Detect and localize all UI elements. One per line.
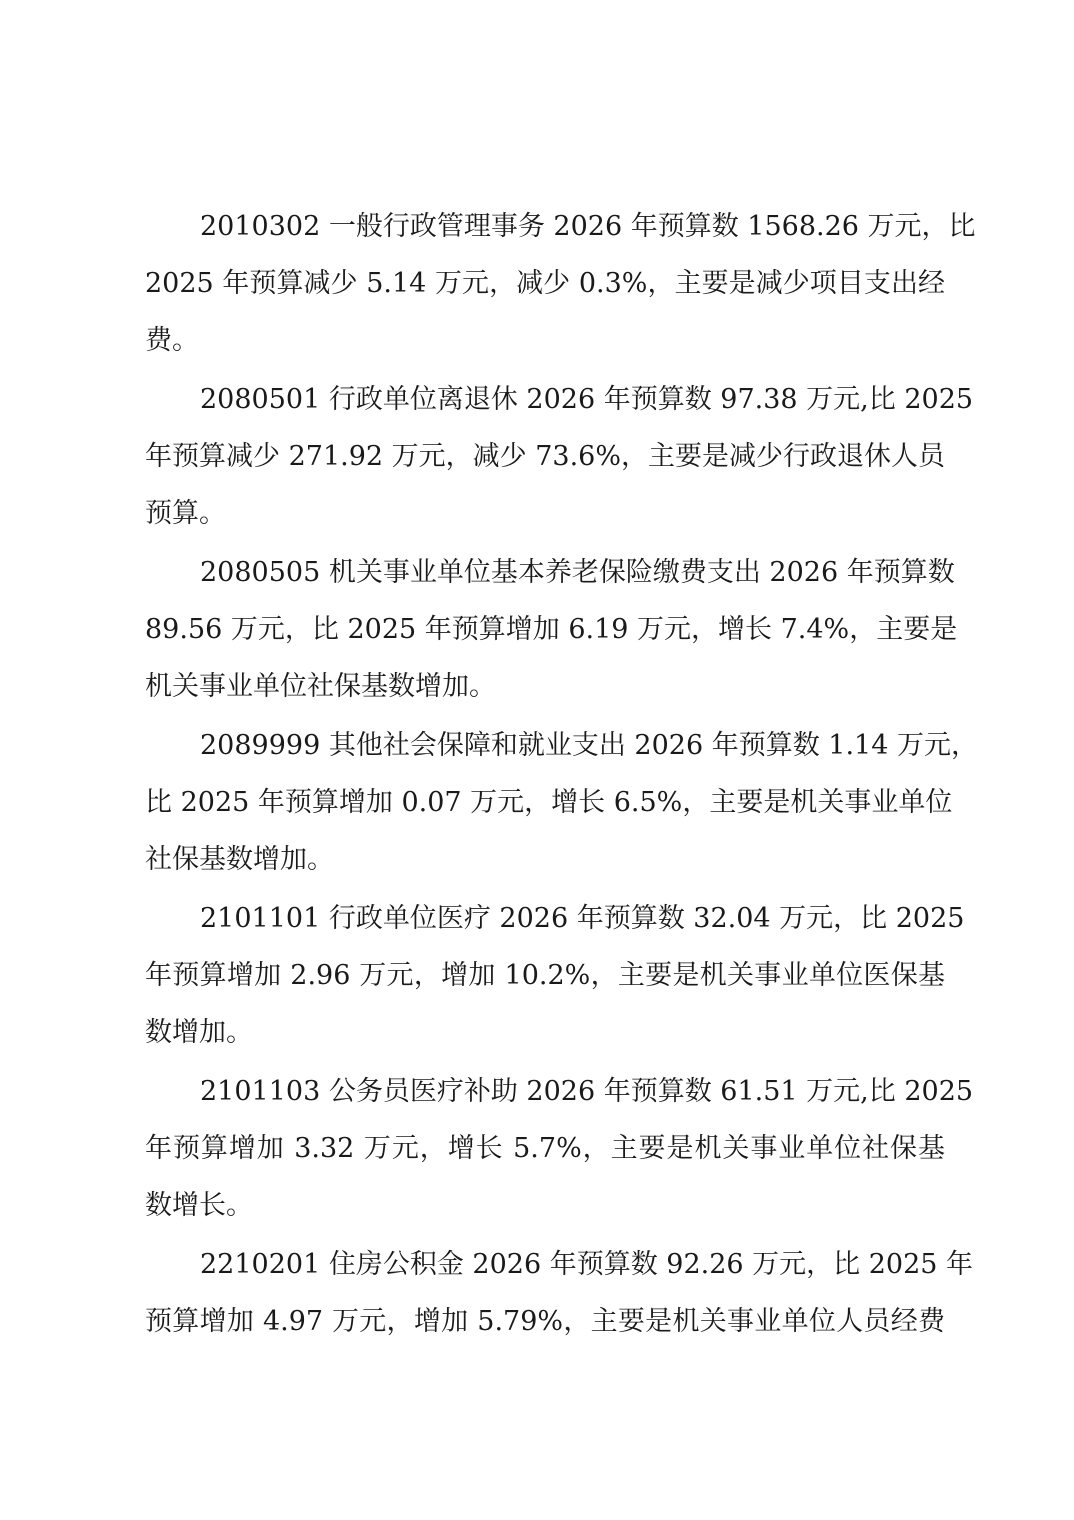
paragraph-line: 预算增加 4.97 万元，增加 5.79%，主要是机关事业单位人员经费 (145, 1306, 945, 1338)
paragraph-line: 2101101 行政单位医疗 2026 年预算数 32.04 万元，比 2025 (200, 903, 945, 935)
paragraph-line: 社保基数增加。 (145, 844, 945, 876)
paragraph-line: 2080501 行政单位离退休 2026 年预算数 97.38 万元,比 202… (200, 384, 945, 416)
paragraph-line: 89.56 万元，比 2025 年预算增加 6.19 万元，增长 7.4%，主要… (145, 614, 945, 646)
paragraph-line: 2025 年预算减少 5.14 万元，减少 0.3%，主要是减少项目支出经 (145, 268, 945, 300)
paragraph-line: 2010302 一般行政管理事务 2026 年预算数 1568.26 万元，比 (200, 211, 945, 243)
paragraph-line: 数增加。 (145, 1017, 945, 1049)
paragraph-line: 年预算增加 2.96 万元，增加 10.2%，主要是机关事业单位医保基 (145, 960, 945, 992)
paragraph-line: 费。 (145, 325, 945, 357)
paragraph-line: 预算。 (145, 498, 945, 530)
paragraph-line: 年预算减少 271.92 万元，减少 73.6%，主要是减少行政退休人员 (145, 441, 945, 473)
paragraph-line: 2101103 公务员医疗补助 2026 年预算数 61.51 万元,比 202… (200, 1076, 945, 1108)
paragraph-line: 2089999 其他社会保障和就业支出 2026 年预算数 1.14 万元， (200, 730, 945, 762)
paragraph-line: 2080505 机关事业单位基本养老保险缴费支出 2026 年预算数 (200, 557, 945, 589)
document-page: 2010302 一般行政管理事务 2026 年预算数 1568.26 万元，比 … (0, 0, 1074, 1520)
paragraph-line: 2210201 住房公积金 2026 年预算数 92.26 万元，比 2025 … (200, 1249, 945, 1281)
paragraph-line: 年预算增加 3.32 万元，增长 5.7%，主要是机关事业单位社保基 (145, 1133, 945, 1165)
paragraph-line: 比 2025 年预算增加 0.07 万元，增长 6.5%，主要是机关事业单位 (145, 787, 945, 819)
paragraph-line: 机关事业单位社保基数增加。 (145, 671, 945, 703)
paragraph-line: 数增长。 (145, 1190, 945, 1222)
